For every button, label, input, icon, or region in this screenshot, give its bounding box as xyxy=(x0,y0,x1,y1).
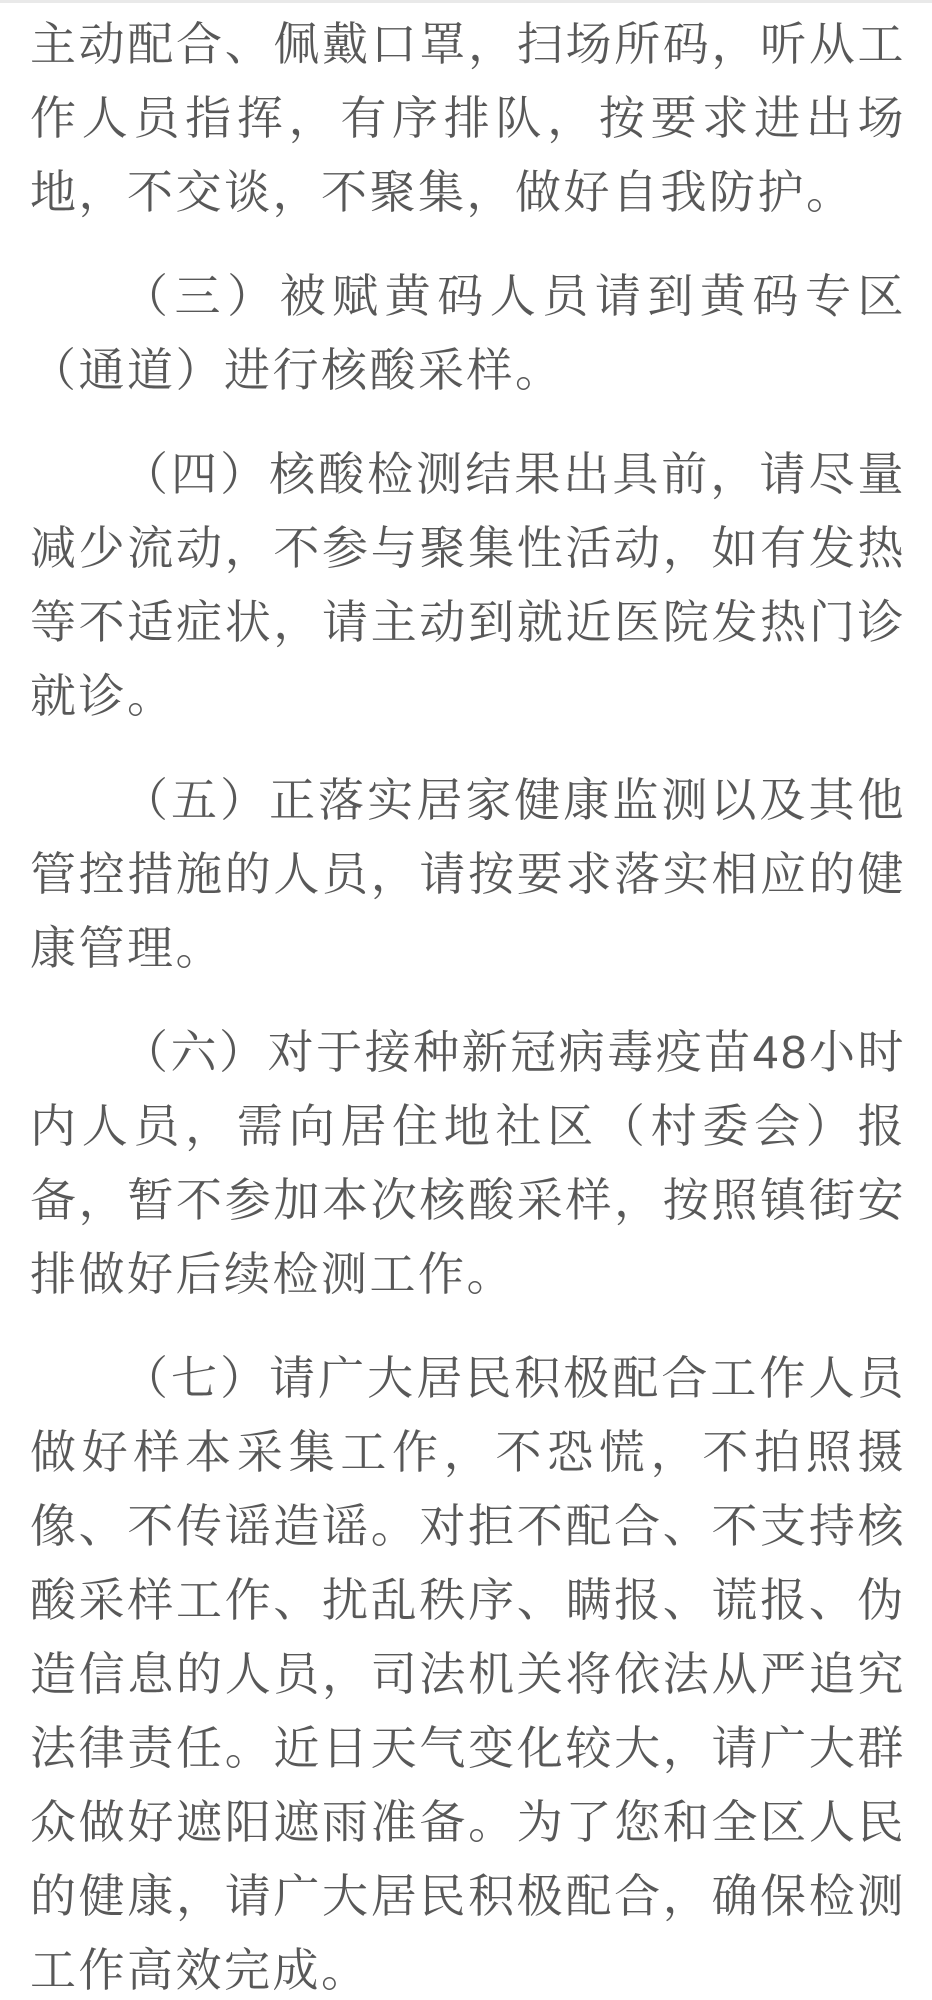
notice-paragraph: （七）请广大居民积极配合工作人员做好样本采集工作，不恐慌，不拍照摄像、不传谣造谣… xyxy=(30,1341,906,2000)
notice-paragraph: （六）对于接种新冠病毒疫苗48小时内人员，需向居住地社区（村委会）报备，暂不参加… xyxy=(30,1015,906,1311)
notice-paragraph: （五）正落实居家健康监测以及其他管控措施的人员，请按要求落实相应的健康管理。 xyxy=(30,763,906,985)
notice-paragraph: （三）被赋黄码人员请到黄码专区（通道）进行核酸采样。 xyxy=(30,259,906,407)
notice-paragraph: （四）核酸检测结果出具前，请尽量减少流动，不参与聚集性活动，如有发热等不适症状，… xyxy=(30,437,906,733)
notice-paragraph: 主动配合、佩戴口罩，扫场所码，听从工作人员指挥，有序排队，按要求进出场地，不交谈… xyxy=(30,7,906,229)
notice-document-body: 主动配合、佩戴口罩，扫场所码，听从工作人员指挥，有序排队，按要求进出场地，不交谈… xyxy=(0,3,932,2000)
